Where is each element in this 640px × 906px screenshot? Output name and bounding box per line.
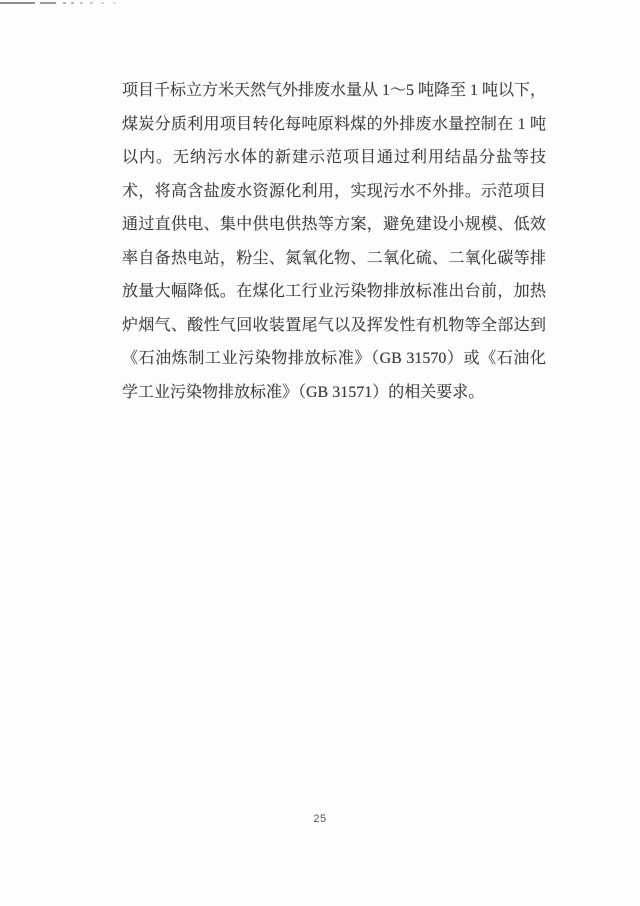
text-line: 通过直供电、集中供电供热等方案，避免建设小规模、低效 xyxy=(122,208,546,242)
scan-artifact-line xyxy=(0,2,136,4)
body-paragraph: 项目千标立方米天然气外排废水量从 1～5 吨降至 1 吨以下，煤炭分质利用项目转… xyxy=(122,74,546,410)
text-line: 项目千标立方米天然气外排废水量从 1～5 吨降至 1 吨以下， xyxy=(122,74,546,108)
text-line: 率自备热电站，粉尘、氮氧化物、二氧化硫、二氧化碳等排 xyxy=(122,242,546,276)
text-line: 术，将高含盐废水资源化利用，实现污水不外排。示范项目 xyxy=(122,175,546,209)
text-line: 放量大幅降低。在煤化工行业污染物排放标准出台前，加热 xyxy=(122,275,546,309)
text-line: 煤炭分质利用项目转化每吨原料煤的外排废水量控制在 1 吨 xyxy=(122,108,546,142)
text-line: 学工业污染物排放标准》（GB 31571）的相关要求。 xyxy=(122,376,546,410)
text-line: 《石油炼制工业污染物排放标准》（GB 31570）或《石油化 xyxy=(122,342,546,376)
text-line: 以内。无纳污水体的新建示范项目通过利用结晶分盐等技 xyxy=(122,141,546,175)
text-line: 炉烟气、酸性气回收装置尾气以及挥发性有机物等全部达到 xyxy=(122,309,546,343)
page-number: 25 xyxy=(0,813,640,825)
document-page: 项目千标立方米天然气外排废水量从 1～5 吨降至 1 吨以下，煤炭分质利用项目转… xyxy=(0,0,640,906)
